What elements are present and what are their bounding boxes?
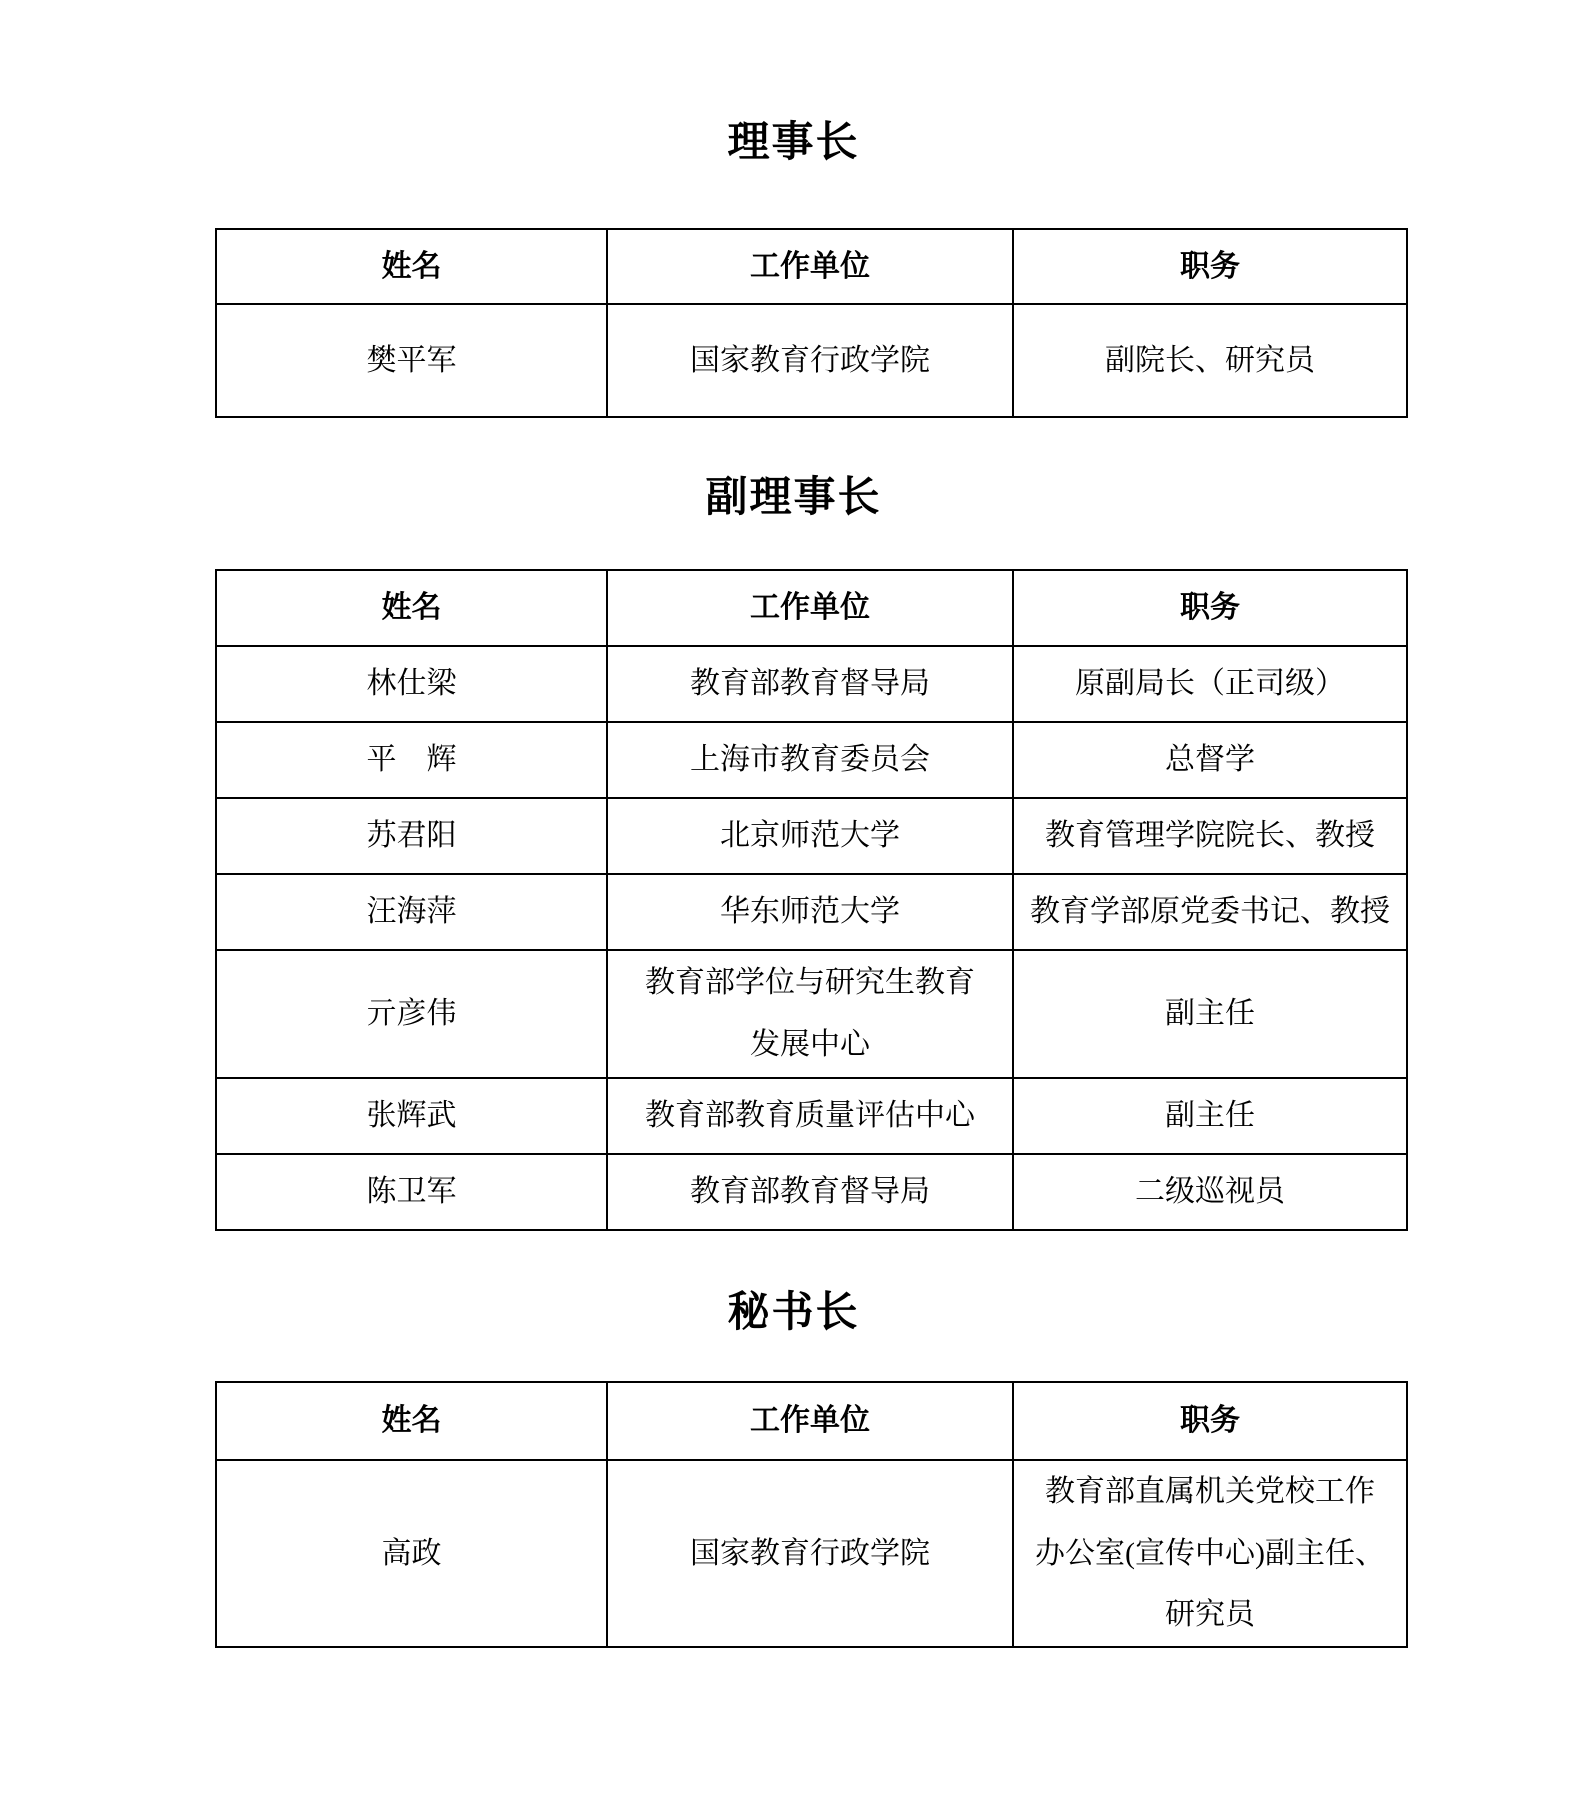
cell-position: 副院长、研究员 <box>1013 304 1407 417</box>
cell-work-unit: 国家教育行政学院 <box>607 1460 1013 1647</box>
vice-chairman-table: 姓名 工作单位 职务 林仕梁 教育部教育督导局 原副局长（正司级） 平 辉 上海… <box>215 569 1408 1231</box>
table-row: 亓彦伟 教育部学位与研究生教育 发展中心 副主任 <box>216 950 1407 1078</box>
table-row: 樊平军 国家教育行政学院 副院长、研究员 <box>216 304 1407 417</box>
cell-work-unit: 上海市教育委员会 <box>607 722 1013 798</box>
cell-work-unit: 教育部教育督导局 <box>607 1154 1013 1230</box>
cell-name: 陈卫军 <box>216 1154 607 1230</box>
table-row: 林仕梁 教育部教育督导局 原副局长（正司级） <box>216 646 1407 722</box>
cell-position: 副主任 <box>1013 1078 1407 1154</box>
header-position: 职务 <box>1013 570 1407 646</box>
cell-work-unit: 教育部教育质量评估中心 <box>607 1078 1013 1154</box>
document-page: { "colors": { "background": "#ffffff", "… <box>0 0 1587 1805</box>
table-row: 陈卫军 教育部教育督导局 二级巡视员 <box>216 1154 1407 1230</box>
header-position: 职务 <box>1013 229 1407 304</box>
cell-name: 平 辉 <box>216 722 607 798</box>
cell-name: 樊平军 <box>216 304 607 417</box>
cell-name: 亓彦伟 <box>216 950 607 1078</box>
section-title-secretary-general: 秘书长 <box>0 1288 1587 1338</box>
cell-position: 副主任 <box>1013 950 1407 1078</box>
cell-work-unit: 北京师范大学 <box>607 798 1013 874</box>
cell-name: 汪海萍 <box>216 874 607 950</box>
cell-name: 苏君阳 <box>216 798 607 874</box>
table-header-row: 姓名 工作单位 职务 <box>216 1382 1407 1460</box>
table-header-row: 姓名 工作单位 职务 <box>216 570 1407 646</box>
header-work-unit: 工作单位 <box>607 229 1013 304</box>
cell-work-unit: 教育部学位与研究生教育 发展中心 <box>607 950 1013 1078</box>
table-row: 平 辉 上海市教育委员会 总督学 <box>216 722 1407 798</box>
chairman-table: 姓名 工作单位 职务 樊平军 国家教育行政学院 副院长、研究员 <box>215 228 1408 418</box>
cell-position: 原副局长（正司级） <box>1013 646 1407 722</box>
header-name: 姓名 <box>216 570 607 646</box>
cell-name: 高政 <box>216 1460 607 1647</box>
secretary-general-table: 姓名 工作单位 职务 高政 国家教育行政学院 教育部直属机关党校工作 办公室(宣… <box>215 1381 1408 1648</box>
table-header-row: 姓名 工作单位 职务 <box>216 229 1407 304</box>
table-row: 高政 国家教育行政学院 教育部直属机关党校工作 办公室(宣传中心)副主任、 研究… <box>216 1460 1407 1647</box>
table-row: 汪海萍 华东师范大学 教育学部原党委书记、教授 <box>216 874 1407 950</box>
header-name: 姓名 <box>216 1382 607 1460</box>
table-row: 张辉武 教育部教育质量评估中心 副主任 <box>216 1078 1407 1154</box>
header-work-unit: 工作单位 <box>607 1382 1013 1460</box>
cell-position: 教育学部原党委书记、教授 <box>1013 874 1407 950</box>
section-title-chairman: 理事长 <box>0 118 1587 168</box>
header-name: 姓名 <box>216 229 607 304</box>
cell-position: 总督学 <box>1013 722 1407 798</box>
section-title-vice-chairman: 副理事长 <box>0 473 1587 523</box>
cell-work-unit: 教育部教育督导局 <box>607 646 1013 722</box>
cell-position: 教育部直属机关党校工作 办公室(宣传中心)副主任、 研究员 <box>1013 1460 1407 1647</box>
cell-position: 二级巡视员 <box>1013 1154 1407 1230</box>
cell-position: 教育管理学院院长、教授 <box>1013 798 1407 874</box>
cell-name: 张辉武 <box>216 1078 607 1154</box>
header-work-unit: 工作单位 <box>607 570 1013 646</box>
header-position: 职务 <box>1013 1382 1407 1460</box>
cell-work-unit: 国家教育行政学院 <box>607 304 1013 417</box>
cell-name: 林仕梁 <box>216 646 607 722</box>
table-row: 苏君阳 北京师范大学 教育管理学院院长、教授 <box>216 798 1407 874</box>
cell-work-unit: 华东师范大学 <box>607 874 1013 950</box>
